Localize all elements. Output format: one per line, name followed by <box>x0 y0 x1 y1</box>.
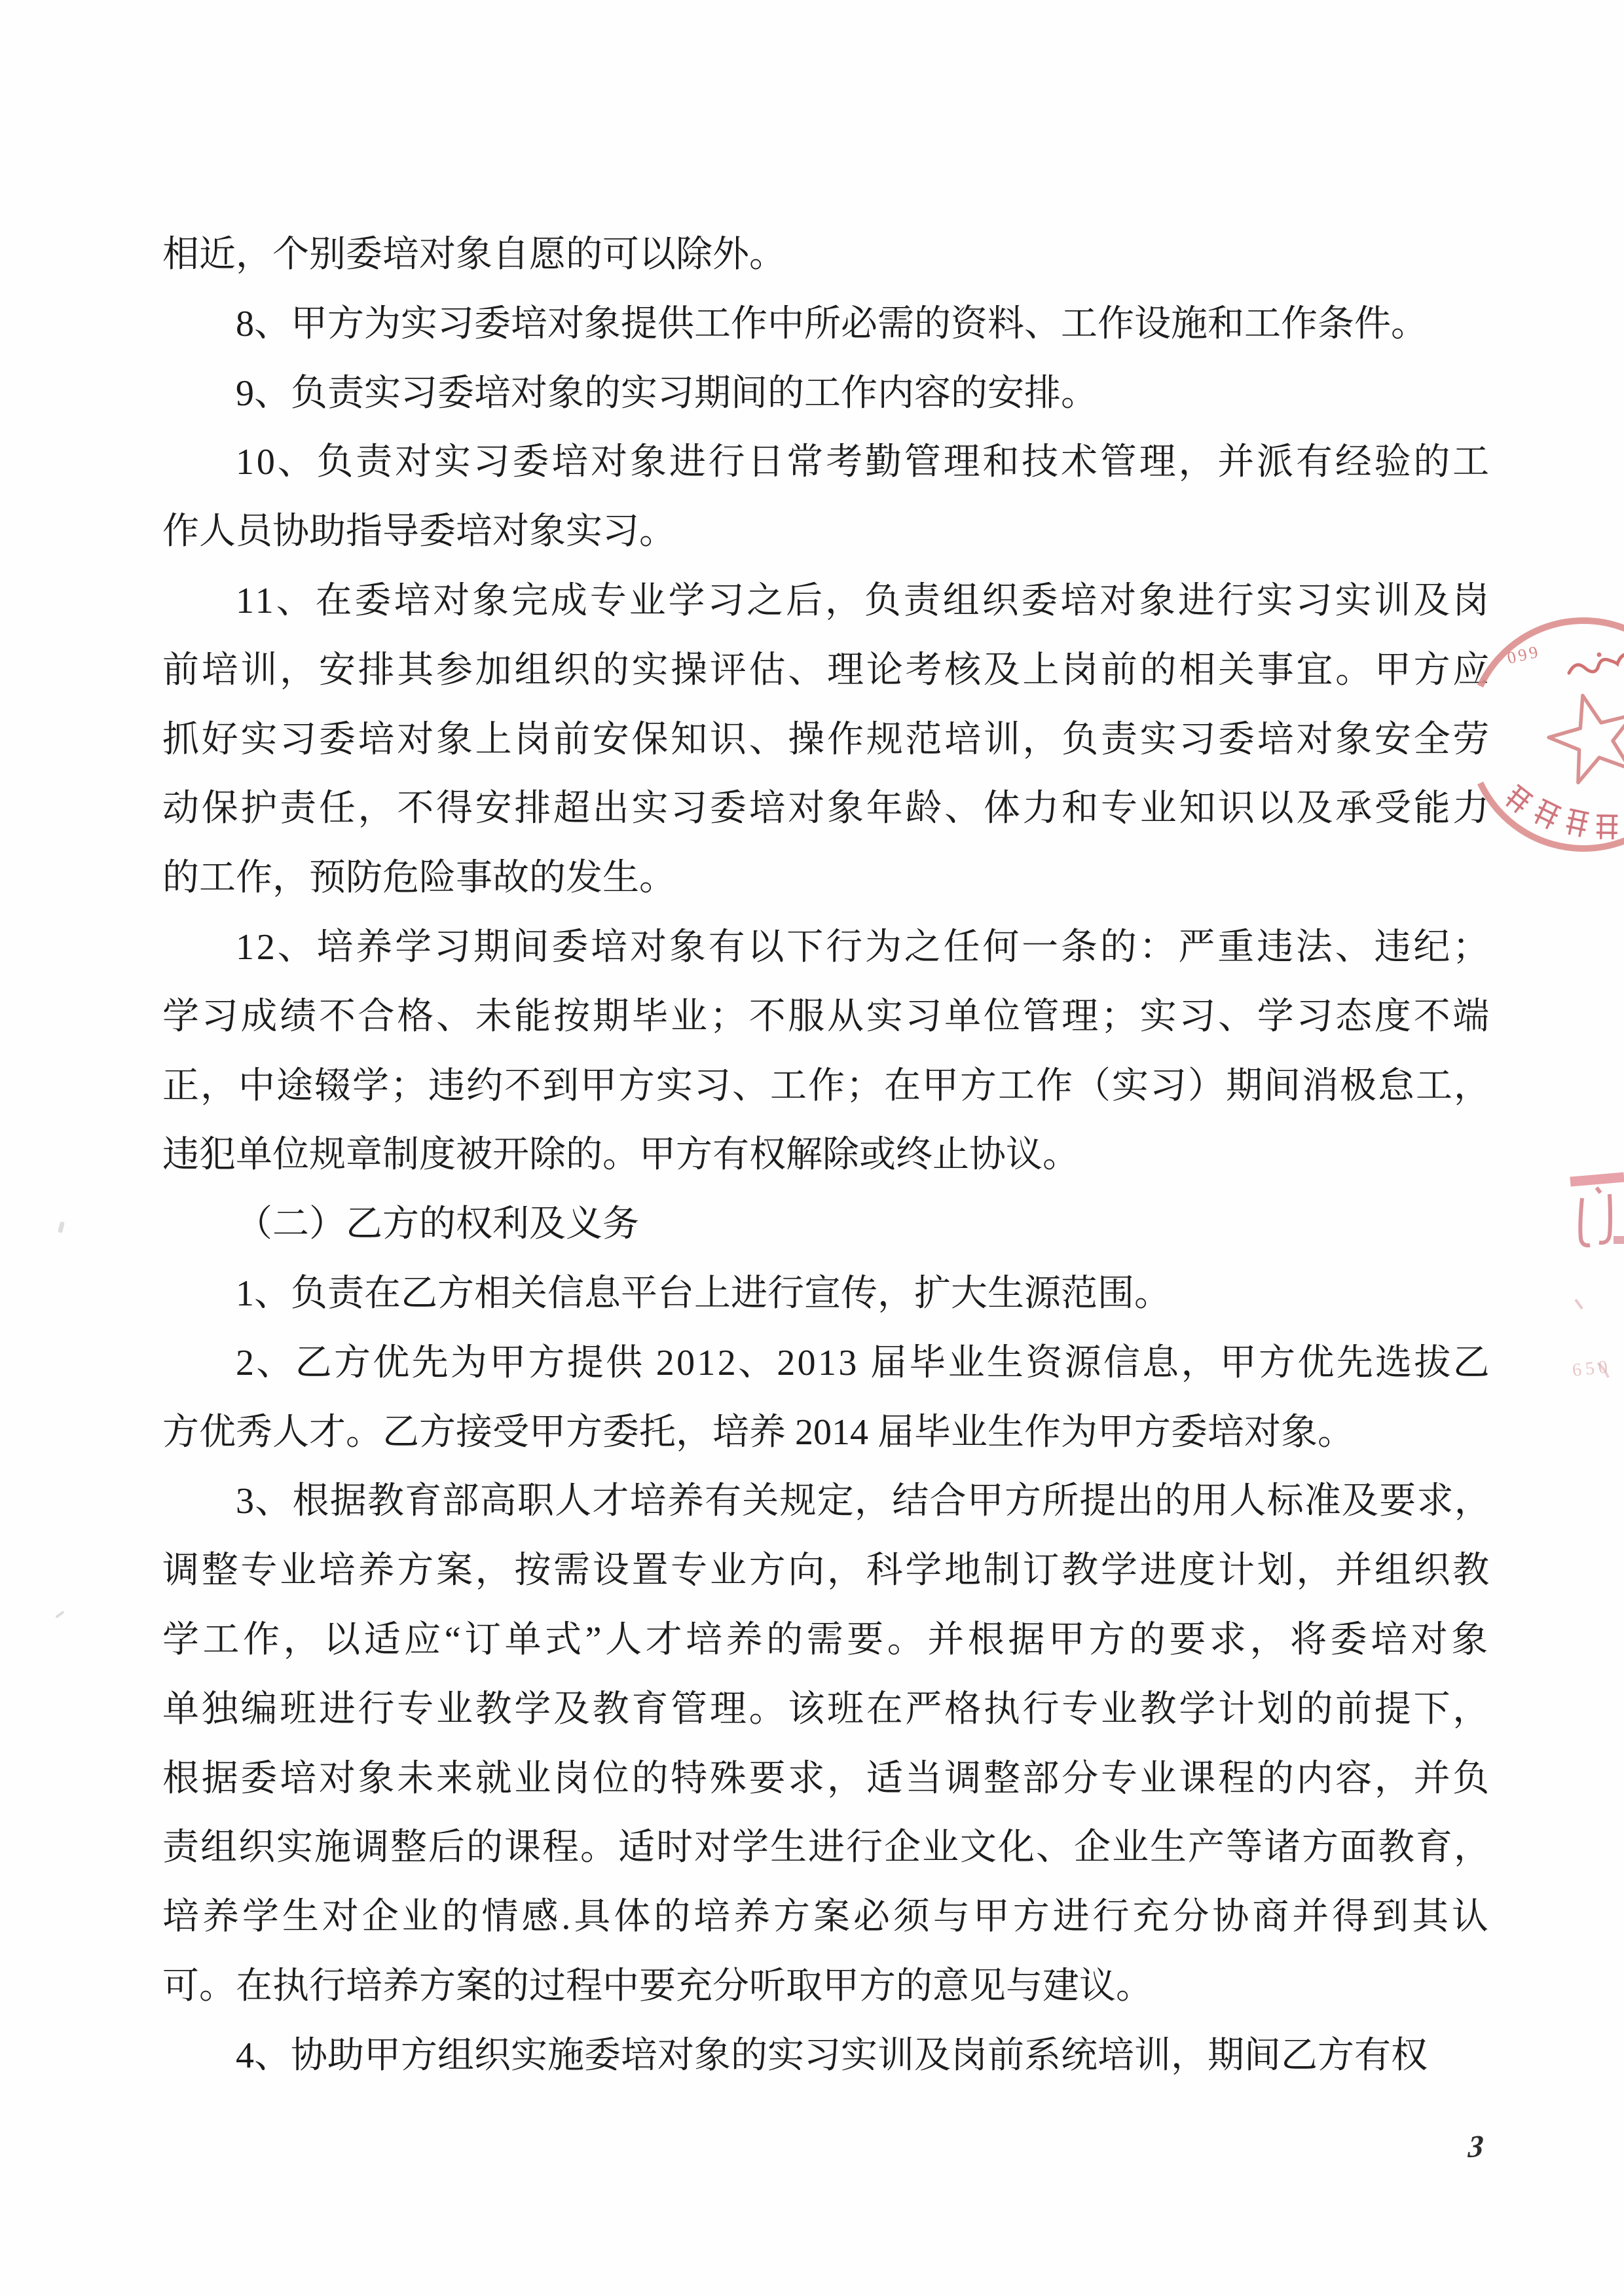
official-seal-partial: 099 <box>1460 609 1624 871</box>
text-line: 9、负责实习委培对象的实习期间的工作内容的安排。 <box>162 359 1492 429</box>
text-line: 单独编班进行专业教学及教育管理。该班在严格执行专业教学计划的前提下， <box>162 1675 1492 1745</box>
text-line: 作人员协助指导委培对象实习。 <box>162 498 1492 567</box>
seal-script-dot <box>1597 653 1602 657</box>
text-line: 12、培养学习期间委培对象有以下行为之任何一条的：严重违法、违纪； <box>162 913 1492 983</box>
scan-noise-speck <box>58 1221 65 1233</box>
text-line: 抓好实习委培对象上岗前安保知识、操作规范培训，负责实习委培对象安全劳 <box>162 706 1492 775</box>
scanned-contract-page: { "document": { "language": "zh-CN", "pa… <box>0 0 1624 2296</box>
text-line: 11、在委培对象完成专业学习之后，负责组织委培对象进行实习实训及岗 <box>162 567 1492 636</box>
text-line: 前培训，安排其参加组织的实操评估、理论考核及上岗前的相关事宜。甲方应 <box>162 636 1492 706</box>
text-line: 4、协助甲方组织实施委培对象的实习实训及岗前系统培训，期间乙方有权 <box>162 2022 1492 2091</box>
text-line: 2、乙方优先为甲方提供 2012、2013 届毕业生资源信息，甲方优先选拔乙 <box>162 1329 1492 1398</box>
page: 相近，个别委培对象自愿的可以除外。8、甲方为实习委培对象提供工作中所必需的资料、… <box>0 0 1624 2296</box>
stamp-fragment-lower: 650 <box>1559 1146 1624 1394</box>
text-line: （二）乙方的权利及义务 <box>162 1190 1492 1260</box>
stamp-digits: 650 <box>1571 1357 1612 1381</box>
text-line: 正，中途辍学；违约不到甲方实习、工作；在甲方工作（实习）期间消极怠工， <box>162 1052 1492 1121</box>
scan-noise-speck <box>55 1611 64 1618</box>
text-line: 违犯单位规章制度被开除的。甲方有权解除或终止协议。 <box>162 1121 1492 1190</box>
text-line: 10、负责对实习委培对象进行日常考勤管理和技术管理，并派有经验的工 <box>162 428 1492 498</box>
seal-script-squiggle <box>1569 654 1624 673</box>
text-line: 学工作，以适应“订单式”人才培养的需要。并根据甲方的要求，将委培对象 <box>162 1606 1492 1675</box>
text-line: 可。在执行培养方案的过程中要充分听取甲方的意见与建议。 <box>162 1952 1492 2022</box>
text-line: 培养学生对企业的情感.具体的培养方案必须与甲方进行充分协商并得到其认 <box>162 1883 1492 1952</box>
text-line: 的工作，预防危险事故的发生。 <box>162 844 1492 913</box>
text-line: 8、甲方为实习委培对象提供工作中所必需的资料、工作设施和工作条件。 <box>162 290 1492 359</box>
text-line: 根据委培对象未来就业岗位的特殊要求，适当调整部分专业课程的内容，并负 <box>162 1745 1492 1814</box>
text-line: 3、根据教育部高职人才培养有关规定，结合甲方所提出的用人标准及要求， <box>162 1467 1492 1537</box>
stamp-check-mark <box>1576 1300 1582 1309</box>
text-line: 责组织实施调整后的课程。适时对学生进行企业文化、企业生产等诸方面教育， <box>162 1813 1492 1883</box>
stamp-character-strokes <box>1580 1188 1624 1245</box>
seal-star-icon <box>1541 684 1624 787</box>
text-line: 1、负责在乙方相关信息平台上进行宣传，扩大生源范围。 <box>162 1260 1492 1329</box>
page-number: 3 <box>1467 2128 1485 2166</box>
stamp-bar <box>1570 1177 1624 1182</box>
text-line: 调整专业培养方案，按需设置专业方向，科学地制订教学进度计划，并组织教 <box>162 1537 1492 1606</box>
text-line: 动保护责任，不得安排超出实习委培对象年龄、体力和专业知识以及承受能力 <box>162 774 1492 844</box>
text-line: 相近，个别委培对象自愿的可以除外。 <box>162 221 1492 290</box>
text-line: 学习成绩不合格、未能按期毕业；不服从实习单位管理；实习、学习态度不端 <box>162 983 1492 1052</box>
contract-text-block: 相近，个别委培对象自愿的可以除外。8、甲方为实习委培对象提供工作中所必需的资料、… <box>162 221 1492 2091</box>
text-line: 方优秀人才。乙方接受甲方委托，培养 2014 届毕业生作为甲方委培对象。 <box>162 1398 1492 1468</box>
